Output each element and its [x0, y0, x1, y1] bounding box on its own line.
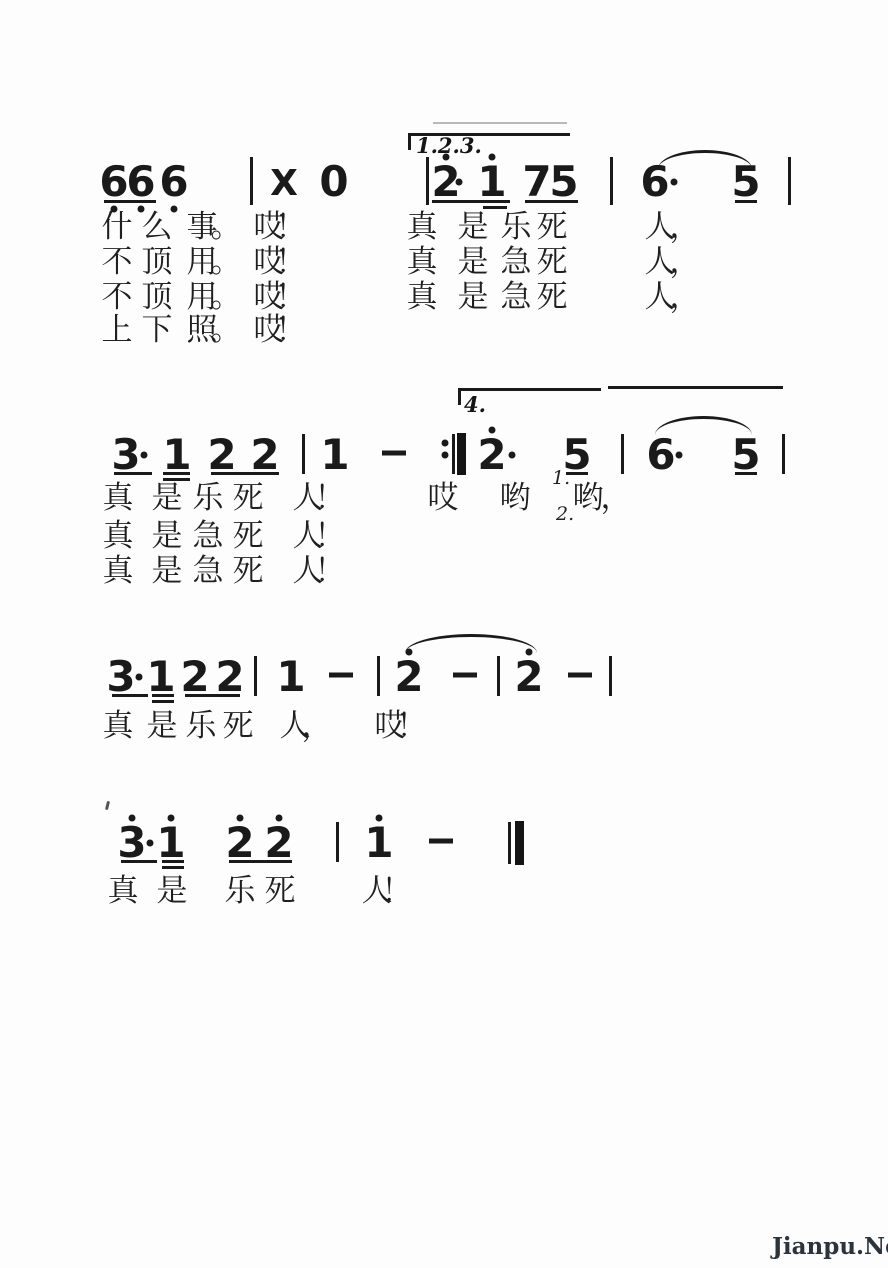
lyric-char: 是 [458, 210, 489, 244]
lyric-char: 上 [102, 313, 133, 347]
beam-underline [735, 200, 757, 203]
note-digit: 3 [111, 438, 140, 472]
beam-underline [162, 866, 184, 869]
lyric-char: 真 [103, 554, 134, 588]
volta-bracket-tick [408, 133, 411, 150]
beam-underline [121, 860, 157, 863]
lyric-char: 死 [537, 210, 568, 244]
lyric-char: 是 [458, 280, 489, 314]
lyric-char: ， [670, 245, 701, 279]
note-digit: 7 [522, 165, 551, 199]
note-digit: 2 [514, 660, 543, 694]
lyric-char: 不 [102, 245, 133, 279]
duration-dash [329, 673, 353, 678]
beam-underline [229, 860, 292, 863]
duration-dot [671, 179, 678, 186]
note-digit: 6 [640, 165, 669, 199]
lyric-char: 什 [102, 210, 133, 244]
barline [377, 656, 380, 696]
duration-dash [568, 673, 592, 678]
barline [621, 434, 624, 474]
lyric-char: 哎 [428, 481, 459, 515]
beam-underline [152, 700, 174, 703]
note-digit: 1 [156, 826, 185, 860]
lyric-char: 是 [458, 245, 489, 279]
barline [336, 822, 339, 862]
octave-dot-above [168, 815, 175, 822]
note-digit: 1 [276, 660, 305, 694]
repeat-thick-barline [457, 433, 466, 475]
note-digit: 2 [225, 826, 254, 860]
lyric-char: ！ [315, 519, 346, 553]
scan-artifact-line [433, 122, 567, 124]
lyric-char: ！ [276, 313, 307, 347]
note-digit: 6 [126, 165, 155, 199]
note-digit: 2 [264, 826, 293, 860]
beam-underline [114, 472, 152, 475]
tie-arc [405, 634, 537, 653]
lyric-char: 乐 [186, 709, 217, 743]
octave-dot-above [489, 154, 496, 161]
lyric-char: ！ [315, 554, 346, 588]
beam-underline [185, 694, 240, 697]
note-digit: 5 [549, 165, 578, 199]
lyric-char: 急 [501, 280, 532, 314]
volta-label: 1.2.3. [416, 135, 482, 157]
repeat-thin-barline [452, 434, 455, 474]
lyric-char: 真 [108, 874, 139, 908]
note-digit: 6 [159, 165, 188, 199]
lyric-char: 真 [103, 519, 134, 553]
barline [302, 434, 305, 474]
duration-dash [453, 673, 477, 678]
beam-underline [525, 200, 578, 203]
note-digit: 2 [180, 660, 209, 694]
lyric-char: ！ [382, 874, 413, 908]
lyric-char: 死 [265, 874, 296, 908]
lyric-char: 。 [211, 280, 242, 314]
lyric-char: ！ [276, 210, 307, 244]
lyric-char: 哟 [500, 481, 531, 515]
final-thin-barline [508, 822, 511, 864]
verse-number: 1. [552, 468, 570, 488]
note-digit: 5 [731, 438, 760, 472]
duration-dot [141, 452, 148, 459]
note-digit: 5 [731, 165, 760, 199]
note-digit: 6 [646, 438, 675, 472]
duration-dash [382, 451, 406, 456]
octave-dot-above [237, 815, 244, 822]
duration-dot [147, 840, 154, 847]
beam-underline [104, 200, 156, 203]
lyric-char: 死 [233, 519, 264, 553]
note-digit: 1 [364, 826, 393, 860]
barline [782, 434, 785, 474]
lyric-char: 哟 [573, 481, 604, 515]
duration-dot [509, 452, 516, 459]
note-digit: 1 [477, 165, 506, 199]
volta-bracket-line [458, 388, 601, 391]
barline [788, 157, 791, 205]
volta-label: 4. [464, 394, 486, 416]
note-digit: 3 [117, 826, 146, 860]
lyric-char: 死 [537, 245, 568, 279]
octave-dot-above [489, 427, 496, 434]
barline [497, 656, 500, 696]
lyric-char: 。 [211, 210, 242, 244]
lyric-char: 么 [142, 210, 173, 244]
lyric-char: 真 [103, 481, 134, 515]
lyric-char: 死 [223, 709, 254, 743]
lyric-char: 乐 [193, 481, 224, 515]
octave-dot-above [276, 815, 283, 822]
lyric-char: ， [670, 280, 701, 314]
lyric-char: ！ [397, 709, 428, 743]
lyric-char: 死 [233, 481, 264, 515]
beam-underline [112, 694, 148, 697]
barline [254, 656, 257, 696]
beam-underline [432, 200, 510, 203]
lyric-char: 真 [407, 245, 438, 279]
note-digit: 2 [207, 438, 236, 472]
lyric-char: 是 [147, 709, 178, 743]
duration-dash [429, 839, 453, 844]
lyric-char: 真 [407, 210, 438, 244]
volta-bracket-line [608, 386, 783, 389]
duration-dot [136, 674, 143, 681]
beam-underline [152, 694, 174, 697]
tie-arc [658, 150, 752, 169]
lyric-char: 。 [211, 245, 242, 279]
lyric-char: 顶 [142, 245, 173, 279]
final-thick-barline [515, 821, 524, 865]
note-digit: 0 [319, 165, 348, 199]
note-digit: 2 [394, 660, 423, 694]
verse-number: 2. [556, 504, 574, 524]
lyric-char: ！ [276, 245, 307, 279]
lyric-char: 乐 [501, 210, 532, 244]
beam-underline [211, 472, 279, 475]
lyric-char: 是 [157, 874, 188, 908]
repeat-dot [442, 440, 449, 447]
lyric-char: 真 [407, 280, 438, 314]
lyric-char: 急 [501, 245, 532, 279]
lyric-char: 死 [537, 280, 568, 314]
beam-underline [162, 860, 184, 863]
note-digit: 2 [250, 438, 279, 472]
lyric-char: ， [670, 210, 701, 244]
lyric-char: 不 [102, 280, 133, 314]
rest-x-note: X [270, 165, 298, 201]
volta-bracket-tick [458, 388, 461, 405]
note-digit: 6 [99, 165, 128, 199]
lyric-char: 。 [211, 313, 242, 347]
lyric-char: ！ [276, 280, 307, 314]
lyric-char: 是 [152, 519, 183, 553]
beam-underline [735, 472, 757, 475]
repeat-dot [442, 452, 449, 459]
jianpu-net-watermark: Jianpu.Net [772, 1233, 888, 1260]
breath-mark [105, 801, 110, 810]
lyric-char: 下 [142, 313, 173, 347]
lyric-char: ， [302, 709, 333, 743]
jianpu-sheet-page: 666X02175651.2.3.什么事。哎！真是乐死人，不顶用。哎！真是急死人… [0, 0, 888, 1268]
lyric-char: 真 [103, 709, 134, 743]
lyric-char: 乐 [225, 874, 256, 908]
lyric-char: ！ [315, 481, 346, 515]
note-digit: 2 [215, 660, 244, 694]
lyric-char: 死 [233, 554, 264, 588]
octave-dot-above [376, 815, 383, 822]
lyric-char: ， [601, 481, 632, 515]
barline [426, 157, 429, 205]
octave-dot-above [129, 815, 136, 822]
tie-arc [655, 416, 752, 435]
barline [250, 157, 253, 205]
lyric-char: 急 [193, 519, 224, 553]
lyric-char: 是 [152, 481, 183, 515]
note-digit: 1 [162, 438, 191, 472]
note-digit: 2 [477, 438, 506, 472]
lyric-char: 顶 [142, 280, 173, 314]
barline [609, 656, 612, 696]
note-digit: 1 [320, 438, 349, 472]
note-digit: 1 [146, 660, 175, 694]
duration-dot [676, 452, 683, 459]
lyric-char: 是 [152, 554, 183, 588]
beam-underline [163, 472, 190, 475]
lyric-char: 急 [193, 554, 224, 588]
note-digit: 3 [106, 660, 135, 694]
barline [610, 157, 613, 205]
duration-dot [456, 179, 463, 186]
